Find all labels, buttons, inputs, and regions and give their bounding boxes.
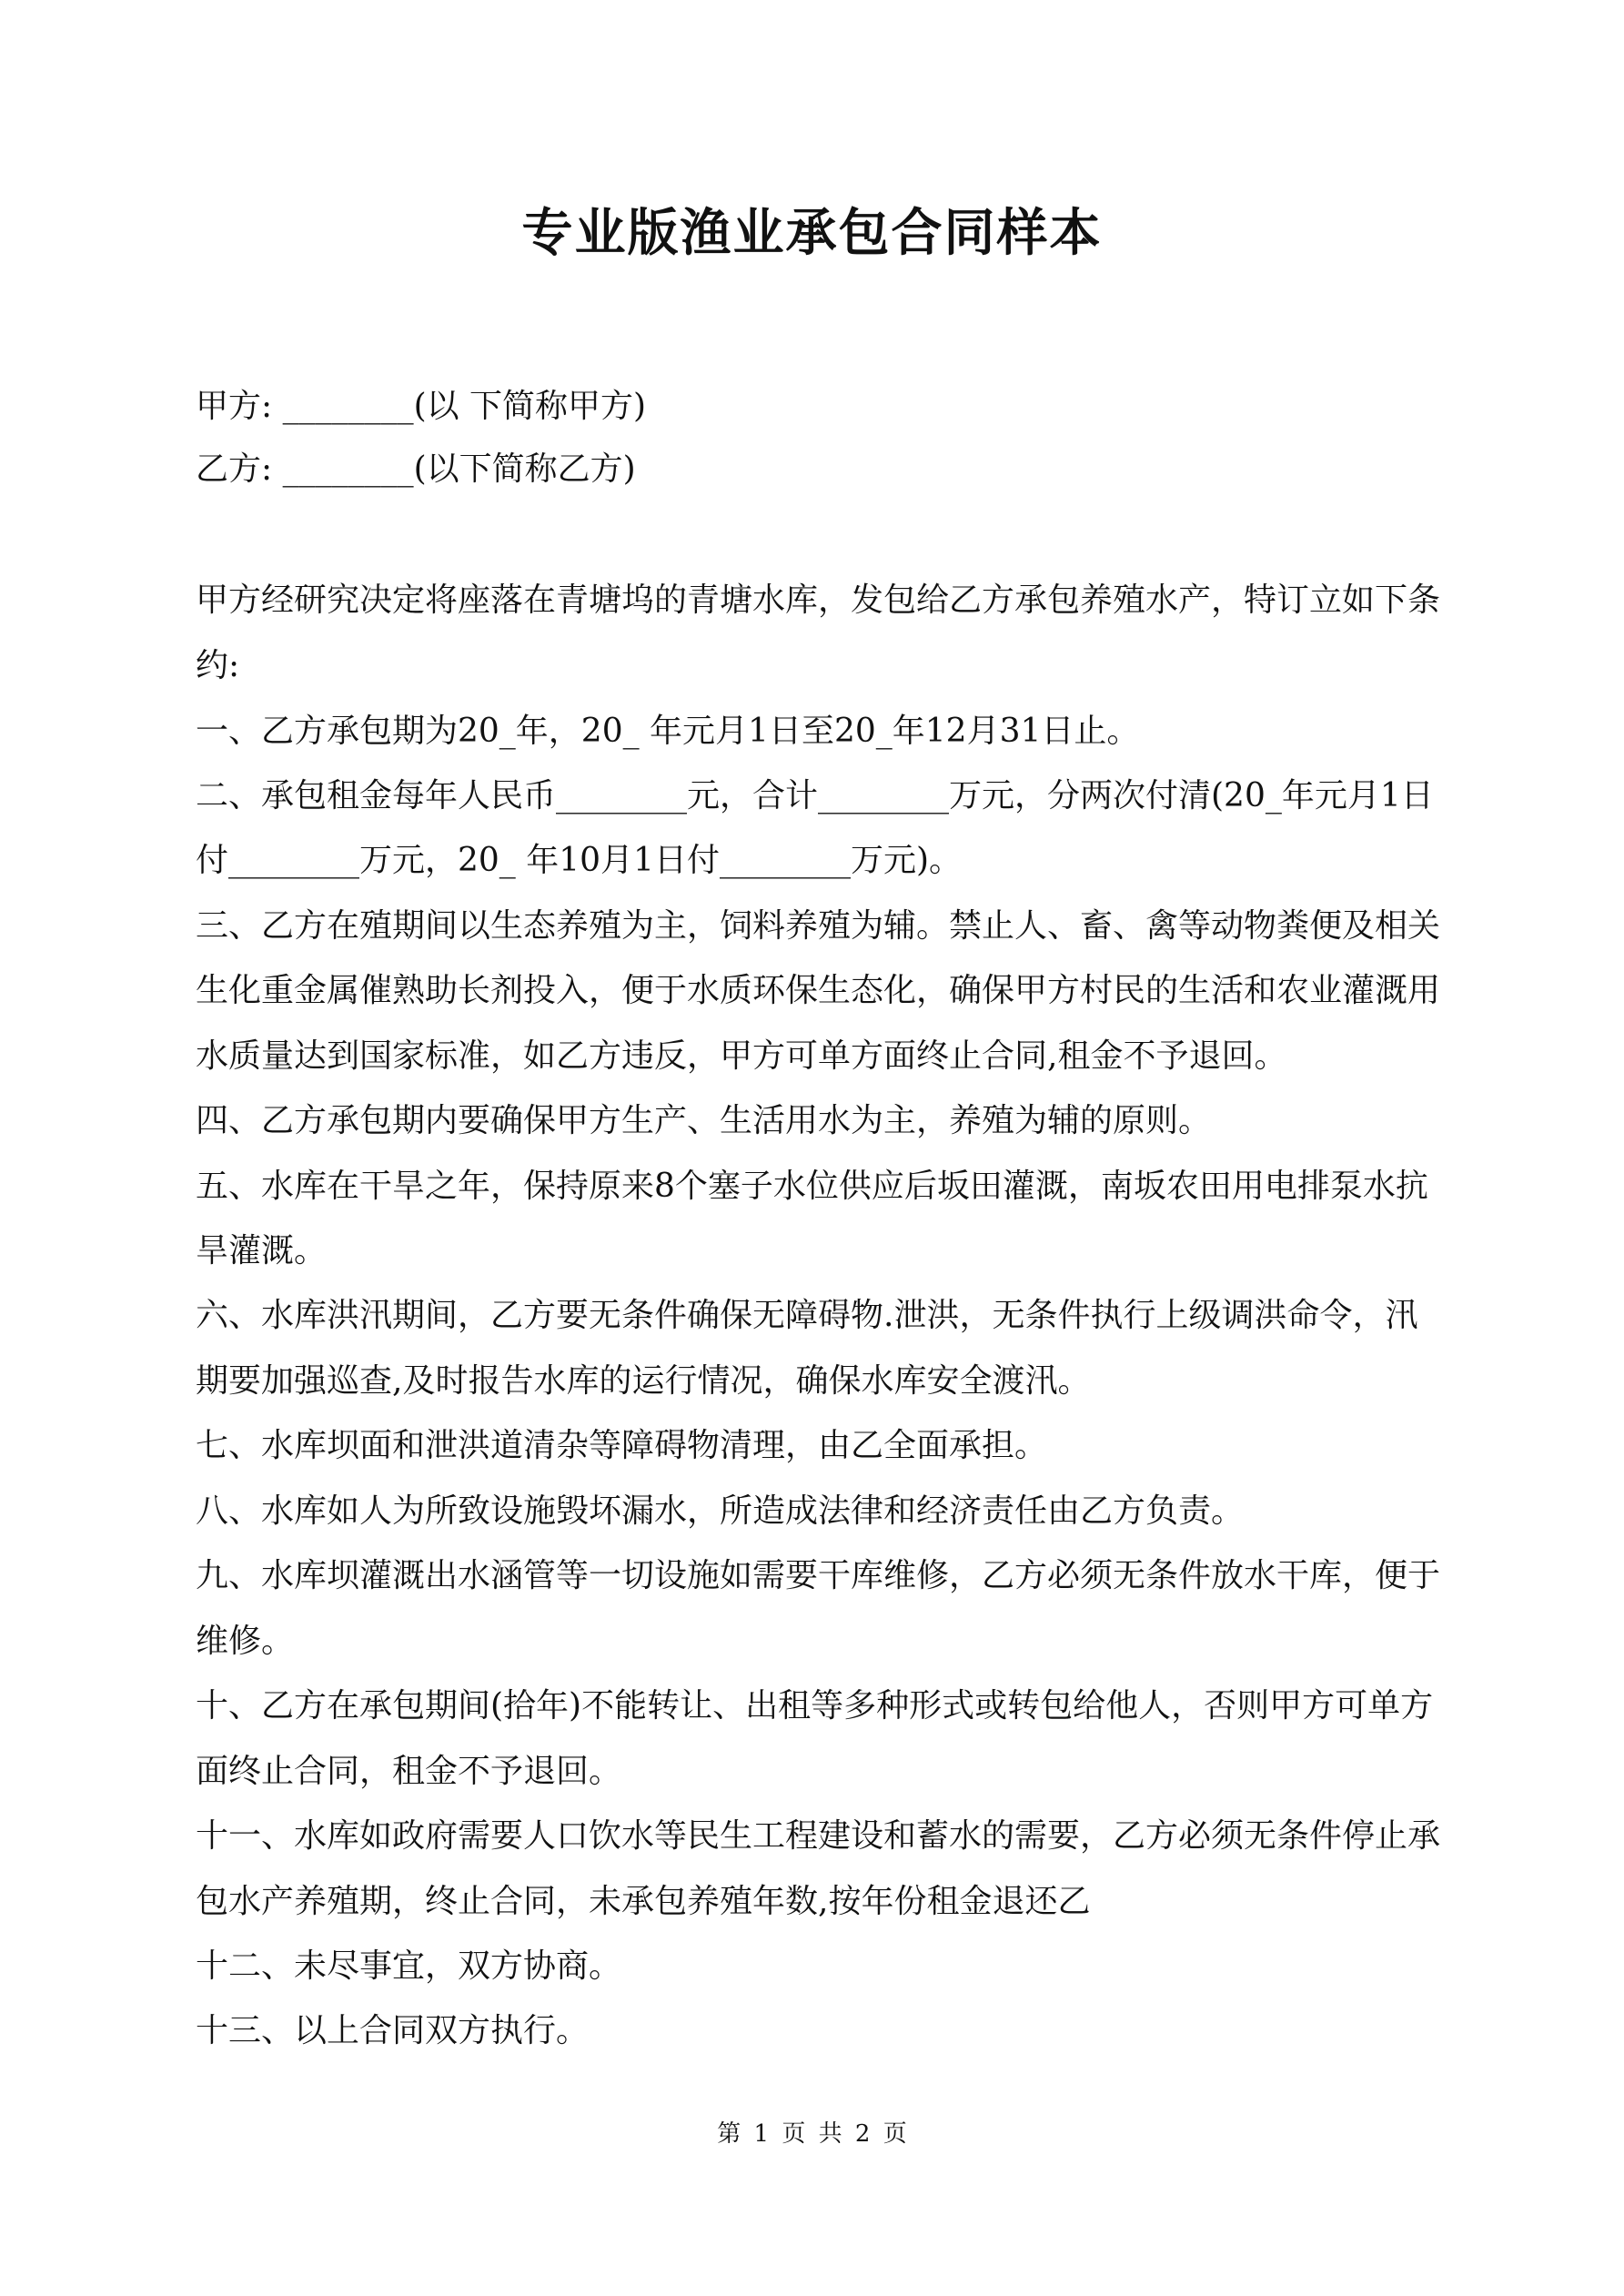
clause-3: 三、乙方在殖期间以生态养殖为主，饲料养殖为辅。禁止人、畜、禽等动物粪便及相关 bbox=[196, 906, 1440, 946]
party-a-line: 甲方: ________(以 下简称甲方) bbox=[196, 387, 646, 427]
clause-11: 十一、水库如政府需要人口饮水等民生工程建设和蓄水的需要，乙方必须无条件停止承 bbox=[196, 1816, 1440, 1856]
clause-10: 面终止合同，租金不予退回。 bbox=[196, 1752, 621, 1792]
clause-2: 二、承包租金每年人民币________元，合计________万元，分两次付清(… bbox=[196, 776, 1434, 816]
clause-10: 十、乙方在承包期间(拾年)不能转让、出租等多种形式或转包给他人，否则甲方可单方 bbox=[196, 1686, 1433, 1726]
intro-line: 甲方经研究决定将座落在青塘坞的青塘水库，发包给乙方承包养殖水产，特订立如下条 bbox=[196, 581, 1440, 621]
clause-11: 包水产养殖期，终止合同，未承包养殖年数,按年份租金退还乙 bbox=[196, 1882, 1090, 1922]
clause-12: 十二、未尽事宜，双方协商。 bbox=[196, 1947, 621, 1987]
clause-2: 付________万元，20_ 年10月1日付________万元)。 bbox=[196, 841, 962, 881]
clause-9: 维修。 bbox=[196, 1622, 294, 1662]
clause-7: 七、水库坝面和泄洪道清杂等障碍物清理，由乙全面承担。 bbox=[196, 1426, 1047, 1466]
clause-5: 五、水库在干旱之年，保持原来8个塞子水位供应后坂田灌溉，南坂农田用电排泵水抗 bbox=[196, 1167, 1428, 1207]
clause-3: 生化重金属催熟助长剂投入，便于水质环保生态化，确保甲方村民的生活和农业灌溉用 bbox=[196, 971, 1440, 1011]
party-b-line: 乙方: ________(以下简称乙方) bbox=[196, 450, 636, 490]
page-number-footer: 第 1 页 共 2 页 bbox=[0, 2120, 1624, 2148]
intro-line: 约: bbox=[196, 646, 239, 686]
clause-8: 八、水库如人为所致设施毁坏漏水，所造成法律和经济责任由乙方负责。 bbox=[196, 1492, 1244, 1532]
clause-13: 十三、以上合同双方执行。 bbox=[196, 2011, 589, 2051]
clause-5: 旱灌溉。 bbox=[196, 1231, 327, 1271]
clause-6: 六、水库洪汛期间，乙方要无条件确保无障碍物.泄洪，无条件执行上级调洪命令，汛 bbox=[196, 1296, 1417, 1336]
clause-1: 一、乙方承包期为20_年，20_ 年元月1日至20_年12月31日止。 bbox=[196, 712, 1139, 752]
document-title: 专业版渔业承包合同样本 bbox=[0, 202, 1624, 266]
clause-3: 水质量达到国家标准，如乙方违反，甲方可单方面终止合同,租金不予退回。 bbox=[196, 1037, 1286, 1077]
clause-9: 九、水库坝灌溉出水涵管等一切设施如需要干库维修，乙方必须无条件放水干库，便于 bbox=[196, 1556, 1440, 1596]
clause-6: 期要加强巡查,及时报告水库的运行情况，确保水库安全渡汛。 bbox=[196, 1361, 1090, 1401]
clause-4: 四、乙方承包期内要确保甲方生产、生活用水为主，养殖为辅的原则。 bbox=[196, 1101, 1211, 1141]
